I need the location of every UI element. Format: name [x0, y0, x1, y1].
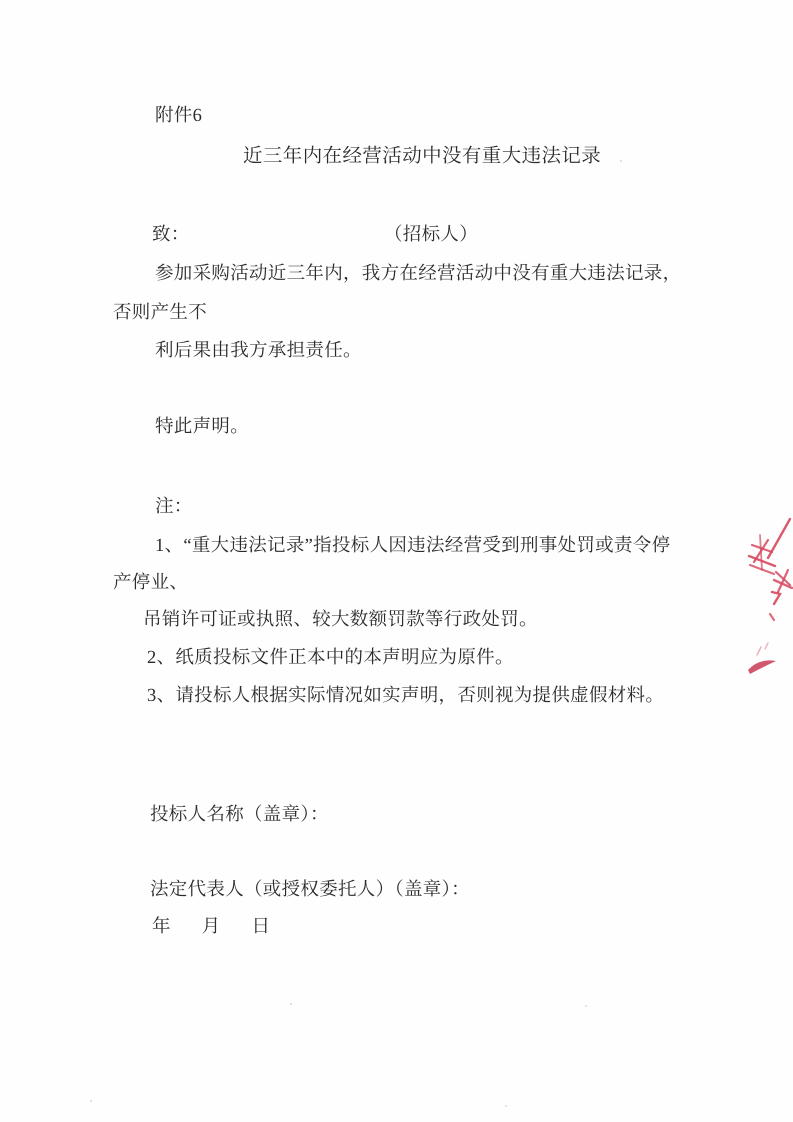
- bidder-name-label: 投标人名称（盖章）：: [150, 804, 329, 826]
- date-day-label: 日: [252, 916, 271, 938]
- note-line-2: 产停业、: [113, 572, 188, 594]
- salutation-to-label: 致：: [152, 225, 190, 245]
- scan-speckle: [505, 1105, 507, 1107]
- scan-speckle: [585, 1005, 587, 1007]
- note-line-1: 1、“重大违法记录”指投标人因违法经营受到刑事处罚或责令停: [155, 535, 670, 557]
- notes-label: 注：: [155, 496, 193, 518]
- note-line-5: 3、请投标人根据实际情况如实声明，否则视为提供虚假材料。: [147, 685, 664, 707]
- red-handwriting-mark: [745, 515, 793, 695]
- scan-speckle: [620, 160, 622, 162]
- document-page: 附件6 近三年内在经营活动中没有重大违法记录 致： （招标人） 参加采购活动近三…: [0, 0, 793, 1122]
- date-line: 年 月 日: [152, 916, 270, 938]
- legal-rep-label: 法定代表人（或授权委托人）（盖章）：: [150, 879, 470, 901]
- note-line-4: 2、纸质投标文件正本中的本声明应为原件。: [147, 647, 514, 669]
- attachment-label: 附件6: [155, 105, 202, 127]
- scan-speckle: [90, 1100, 92, 1102]
- document-title: 近三年内在经营活动中没有重大违法记录: [243, 145, 601, 168]
- body-line-1: 参加采购活动近三年内，我方在经营活动中没有重大违法记录，: [155, 263, 681, 285]
- note-line-3: 吊销许可证或执照、较大数额罚款等行政处罚。: [143, 609, 538, 631]
- salutation-line: 致： （招标人）: [152, 224, 652, 246]
- body-line-3: 利后果由我方承担责任。: [155, 340, 362, 362]
- recipient-suffix: （招标人）: [384, 224, 478, 246]
- date-month-label: 月: [202, 916, 221, 938]
- body-line-2: 否则产生不: [113, 302, 207, 324]
- date-year-label: 年: [152, 916, 171, 938]
- scan-speckle: [290, 1003, 292, 1005]
- declaration-line: 特此声明。: [155, 416, 249, 438]
